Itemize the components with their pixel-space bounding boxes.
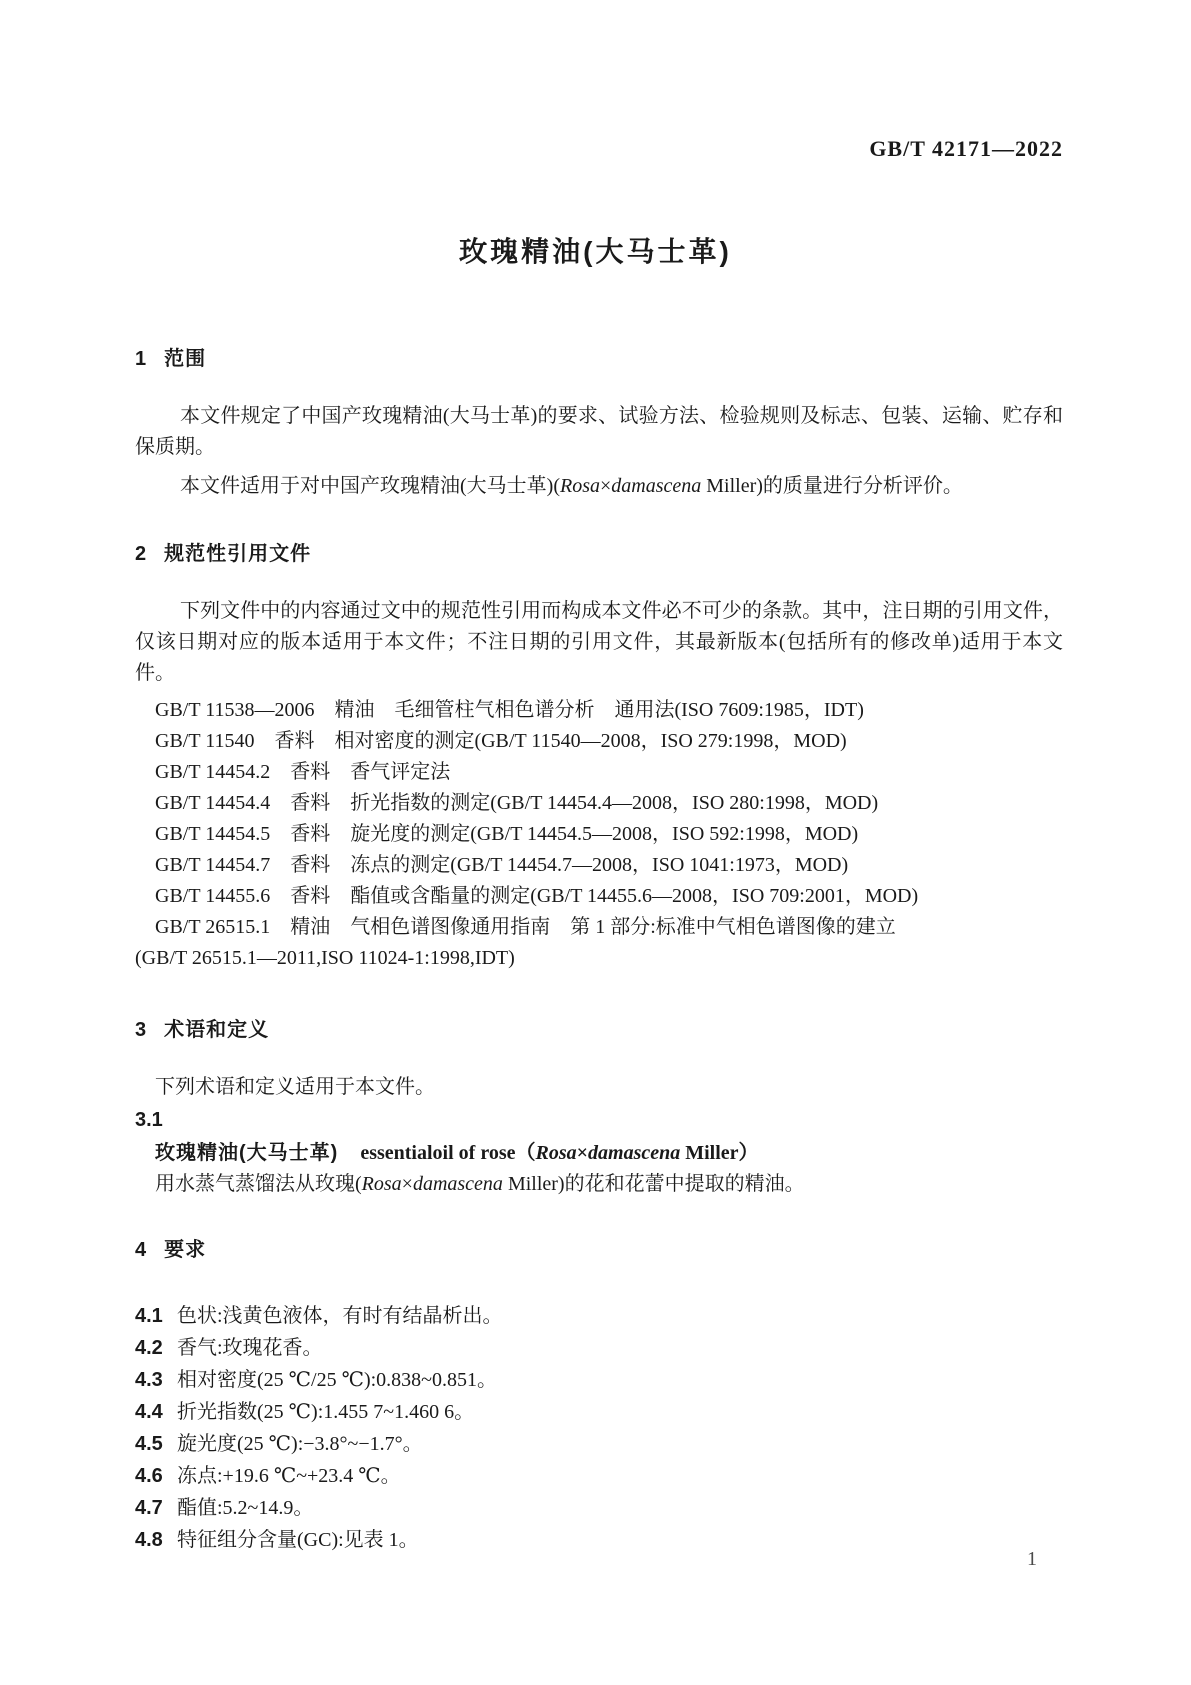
requirement-text: 折光指数(25 ℃):1.455 7~1.460 6。 [177,1401,474,1423]
section-4-number: 4 [135,1236,146,1264]
reference-item: GB/T 14455.6 香料 酯值或含酯量的测定(GB/T 14455.6—2… [135,881,1063,912]
page-number: 1 [1002,1548,1062,1571]
section-2-heading: 2规范性引用文件 [135,540,1063,568]
requirement-item: 4.4折光指数(25 ℃):1.455 7~1.460 6。 [135,1396,1063,1428]
requirement-number: 4.6 [135,1460,177,1492]
scope-p2-post: Miller)的质量进行分析评价。 [701,475,963,497]
times-sign: × [600,475,611,497]
term-chinese: 玫瑰精油(大马士革) [155,1142,338,1164]
times-sign: × [402,1173,413,1195]
reference-item: GB/T 14454.2 香料 香气评定法 [135,757,1063,788]
latin-species-italic: damascena [588,1142,680,1164]
requirement-number: 4.1 [135,1300,177,1332]
section-4-heading: 4要求 [135,1236,1063,1264]
section-1-title: 范围 [164,348,206,370]
requirement-number: 4.7 [135,1492,177,1524]
requirement-number: 4.3 [135,1364,177,1396]
reference-item: GB/T 14454.4 香料 折光指数的测定(GB/T 14454.4—200… [135,788,1063,819]
requirement-text: 香气:玫瑰花香。 [177,1337,323,1359]
term-definition: 用水蒸气蒸馏法从玫瑰(Rosa×damascena Miller)的花和花蕾中提… [135,1169,1063,1200]
requirement-number: 4.5 [135,1428,177,1460]
normative-refs-intro: 下列文件中的内容通过文中的规范性引用而构成本文件必不可少的条款。其中，注日期的引… [135,596,1063,689]
requirement-text: 酯值:5.2~14.9。 [177,1497,313,1519]
section-1-heading: 1范围 [135,345,1063,373]
clause-number-3-1: 3.1 [135,1105,1063,1136]
latin-species-italic: damascena [413,1173,503,1195]
terms-intro: 下列术语和定义适用于本文件。 [135,1072,1063,1103]
section-1-number: 1 [135,345,146,373]
section-2-number: 2 [135,540,146,568]
scope-paragraph-1: 本文件规定了中国产玫瑰精油(大马士革)的要求、试验方法、检验规则及标志、包装、运… [135,401,1063,463]
scope-paragraph-2: 本文件适用于对中国产玫瑰精油(大马士革)(Rosa×damascena Mill… [135,471,1063,502]
doc-code: GB/T 42171—2022 [869,136,1063,162]
latin-species-italic: damascena [611,475,701,497]
term-english-post: Miller） [680,1142,758,1164]
reference-item: GB/T 14454.7 香料 冻点的测定(GB/T 14454.7—2008，… [135,850,1063,881]
definition-post: Miller)的花和花蕾中提取的精油。 [503,1173,805,1195]
times-sign: × [577,1142,588,1164]
scope-p2-pre: 本文件适用于对中国产玫瑰精油(大马士革)( [180,475,560,497]
reference-item: GB/T 11538—2006 精油 毛细管柱气相色谱分析 通用法(ISO 76… [135,695,1063,726]
requirement-text: 色状:浅黄色液体，有时有结晶析出。 [177,1305,503,1327]
reference-item-continuation: (GB/T 26515.1—2011,ISO 11024-1:1998,IDT) [135,943,1063,974]
definition-pre: 用水蒸气蒸馏法从玫瑰( [155,1173,362,1195]
section-3-heading: 3术语和定义 [135,1016,1063,1044]
requirements-list: 4.1色状:浅黄色液体，有时有结晶析出。 4.2香气:玫瑰花香。 4.3相对密度… [135,1300,1063,1556]
requirement-number: 4.8 [135,1524,177,1556]
requirement-item: 4.1色状:浅黄色液体，有时有结晶析出。 [135,1300,1063,1332]
reference-item: GB/T 11540 香料 相对密度的测定(GB/T 11540—2008，IS… [135,726,1063,757]
latin-genus-italic: Rosa [560,475,600,497]
document-title: 玫瑰精油(大马士革) [0,234,1191,270]
reference-item: GB/T 26515.1 精油 气相色谱图像通用指南 第 1 部分:标准中气相色… [135,912,1063,943]
reference-list: GB/T 11538—2006 精油 毛细管柱气相色谱分析 通用法(ISO 76… [135,695,1063,974]
requirement-item: 4.6冻点:+19.6 ℃~+23.4 ℃。 [135,1460,1063,1492]
term-entry: 玫瑰精油(大马士革)essentialoil of rose（Rosa×dama… [135,1138,1063,1169]
document-body: 1范围 本文件规定了中国产玫瑰精油(大马士革)的要求、试验方法、检验规则及标志、… [135,345,1063,1556]
requirement-number: 4.4 [135,1396,177,1428]
section-2-title: 规范性引用文件 [164,543,311,565]
latin-genus-italic: Rosa [362,1173,402,1195]
section-3-number: 3 [135,1016,146,1044]
requirement-item: 4.3相对密度(25 ℃/25 ℃):0.838~0.851。 [135,1364,1063,1396]
requirement-item: 4.2香气:玫瑰花香。 [135,1332,1063,1364]
standard-document-page: GB/T 42171—2022 玫瑰精油(大马士革) 1范围 本文件规定了中国产… [0,0,1191,1685]
requirement-text: 相对密度(25 ℃/25 ℃):0.838~0.851。 [177,1369,497,1391]
requirement-text: 特征组分含量(GC):见表 1。 [177,1529,419,1551]
reference-item: GB/T 14454.5 香料 旋光度的测定(GB/T 14454.5—2008… [135,819,1063,850]
requirement-text: 旋光度(25 ℃):−3.8°~−1.7°。 [177,1433,423,1455]
latin-genus-italic: Rosa [536,1142,577,1164]
requirement-item: 4.8特征组分含量(GC):见表 1。 [135,1524,1063,1556]
section-3-title: 术语和定义 [164,1019,269,1041]
section-4-title: 要求 [164,1239,206,1261]
requirement-item: 4.7酯值:5.2~14.9。 [135,1492,1063,1524]
term-english-pre: essentialoil of rose（ [360,1142,535,1164]
requirement-number: 4.2 [135,1332,177,1364]
requirement-text: 冻点:+19.6 ℃~+23.4 ℃。 [177,1465,401,1487]
requirement-item: 4.5旋光度(25 ℃):−3.8°~−1.7°。 [135,1428,1063,1460]
